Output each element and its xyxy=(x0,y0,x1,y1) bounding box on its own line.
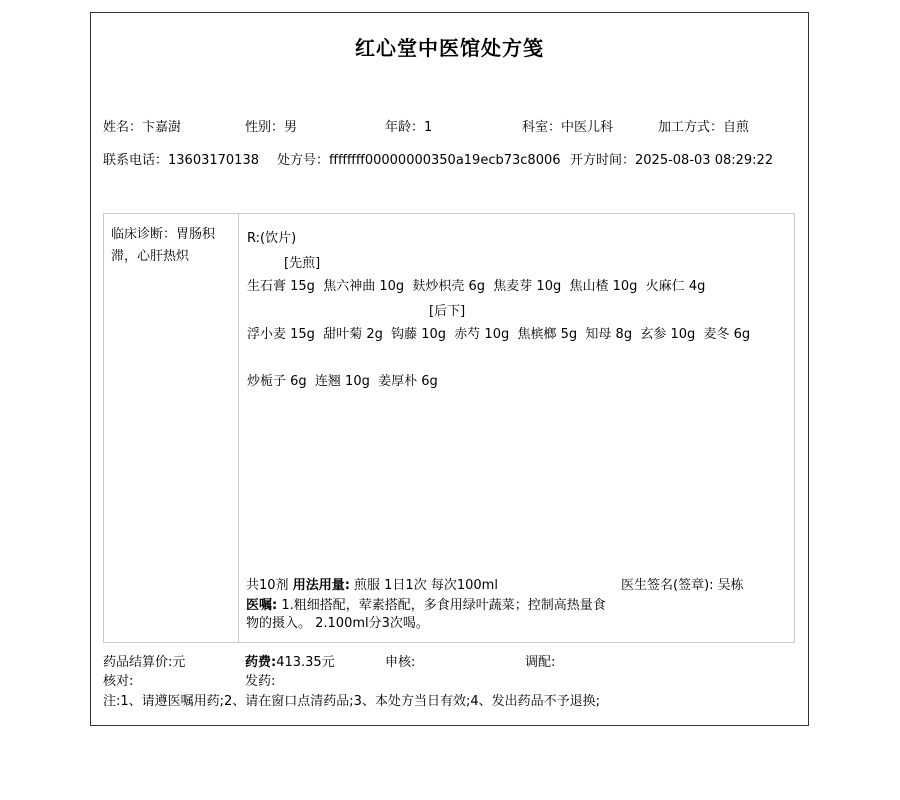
processing-method-field: 加工方式：自煎 xyxy=(658,116,749,135)
prescribe-time-field: 开方时间：2025-08-03 08:29:22 xyxy=(570,149,773,168)
department-field: 科室：中医儿科 xyxy=(522,116,613,135)
doctor-signature-field: 医生签名(签章): 吴栋 xyxy=(621,577,744,595)
usage-value: 煎服 1日1次 每次100ml xyxy=(354,578,498,593)
rx-header: R:(饮片) xyxy=(247,227,784,246)
medical-advice-text: 1.粗细搭配，荤素搭配，多食用绿叶蔬菜；控制高热量食物的摄入。 2.100ml分… xyxy=(246,598,606,631)
department-label: 科室： xyxy=(522,120,561,135)
settlement-price-label: 药品结算价: xyxy=(103,655,172,670)
prescribe-time-value: 2025-08-03 08:29:22 xyxy=(635,153,773,168)
dispense-field: 调配: xyxy=(525,651,555,670)
doctor-signature-label: 医生签名(签章): xyxy=(621,578,714,593)
patient-age-value: 1 xyxy=(424,120,432,135)
prescription-number-value: ffffffff00000000350a19ecb73c8006 xyxy=(329,153,561,168)
patient-gender-label: 性别： xyxy=(245,120,284,135)
medical-advice: 医嘱: 1.粗细搭配，荤素搭配，多食用绿叶蔬菜；控制高热量食物的摄入。 2.10… xyxy=(246,597,618,633)
prescription-body-box: 临床诊断：胃肠积滞，心肝热炽 R:(饮片) [先煎] 生石膏 15g 焦六神曲 … xyxy=(103,213,795,643)
herb-line-1: 生石膏 15g 焦六神曲 10g 麸炒枳壳 6g 焦麦芽 10g 焦山楂 10g… xyxy=(247,275,784,294)
processing-method-label: 加工方式： xyxy=(658,120,723,135)
diagnosis-column: 临床诊断：胃肠积滞，心肝热炽 xyxy=(104,214,239,642)
prescription-number-field: 处方号：ffffffff00000000350a19ecb73c8006 xyxy=(277,149,561,168)
phone-value: 13603170138 xyxy=(168,153,259,168)
review-field: 申核: xyxy=(385,651,415,670)
page-title: 红心堂中医馆处方笺 xyxy=(90,32,809,61)
add-later-tag: [后下] xyxy=(429,300,784,319)
prescription-number-label: 处方号： xyxy=(277,153,329,168)
patient-age-field: 年龄：1 xyxy=(385,116,432,135)
patient-name-field: 姓名：卞嘉澍 xyxy=(103,116,181,135)
prescribe-time-label: 开方时间： xyxy=(570,153,635,168)
medicine-fee-value: 413.35元 xyxy=(276,655,335,670)
dose-total: 共10剂 xyxy=(246,578,289,593)
medicine-fee-field: 药费:413.35元 xyxy=(245,651,335,670)
patient-name-label: 姓名： xyxy=(103,120,142,135)
decoct-first-tag: [先煎] xyxy=(284,252,784,271)
settlement-price-unit: 元 xyxy=(172,655,185,670)
processing-method-value: 自煎 xyxy=(723,120,749,135)
medical-advice-label: 医嘱: xyxy=(246,598,277,613)
rx-bottom-block: 共10剂 用法用量: 煎服 1日1次 每次100ml 医生签名(签章): 吴栋 … xyxy=(246,577,786,633)
issue-medicine-field: 发药: xyxy=(245,670,275,689)
herb-line-3: 炒栀子 6g 连翘 10g 姜厚朴 6g xyxy=(247,370,784,389)
patient-gender-value: 男 xyxy=(284,120,297,135)
usage-label: 用法用量: xyxy=(293,578,350,593)
settlement-price-field: 药品结算价:元 xyxy=(103,651,185,670)
patient-name-value: 卞嘉澍 xyxy=(142,120,181,135)
doctor-signature-name: 吴栋 xyxy=(718,578,744,593)
herb-line-2: 浮小麦 15g 甜叶菊 2g 钩藤 10g 赤芍 10g 焦槟榔 5g 知母 8… xyxy=(247,323,784,342)
diagnosis-label: 临床诊断： xyxy=(111,227,176,242)
phone-field: 联系电话：13603170138 xyxy=(103,149,259,168)
patient-gender-field: 性别：男 xyxy=(245,116,297,135)
check-field: 核对: xyxy=(103,670,133,689)
patient-age-label: 年龄： xyxy=(385,120,424,135)
department-value: 中医儿科 xyxy=(561,120,613,135)
phone-label: 联系电话： xyxy=(103,153,168,168)
footer-note: 注:1、请遵医嘱用药;2、请在窗口点清药品;3、本处方当日有效;4、发出药品不予… xyxy=(103,690,600,709)
medicine-fee-label: 药费: xyxy=(245,655,276,670)
herbs-column: R:(饮片) [先煎] 生石膏 15g 焦六神曲 10g 麸炒枳壳 6g 焦麦芽… xyxy=(239,214,794,642)
usage-row: 共10剂 用法用量: 煎服 1日1次 每次100ml 医生签名(签章): 吴栋 xyxy=(246,577,786,595)
